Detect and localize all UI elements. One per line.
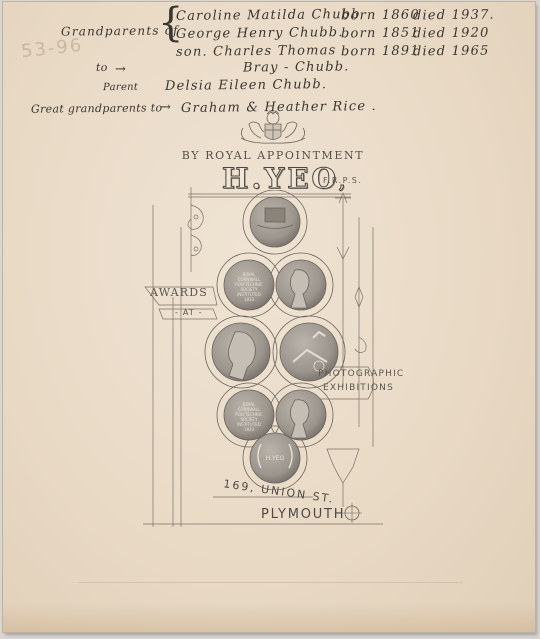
royal-coat-of-arms-icon — [231, 110, 315, 146]
grandparent-2-born: born 1851 — [341, 26, 420, 42]
exhibitions-label: EXHIBITIONS — [323, 383, 394, 393]
city-name: PLYMOUTH — [261, 507, 345, 522]
faint-rule — [78, 582, 463, 583]
awards-label: AWARDS — [150, 286, 208, 299]
grandparent-1-born: born 1860 — [341, 8, 420, 24]
to-label: to — [96, 61, 108, 74]
grandparent-1-name: Caroline Matilda Chubb — [176, 7, 361, 24]
grandparent-1-died: died 1937. — [413, 8, 495, 24]
grandparent-2-died: died 1920 — [413, 26, 490, 42]
medal-cluster: ROYALCORNWALLPOLYTECHNIC SOCIETYINSTITUT… — [195, 190, 355, 490]
son-died: died 1965 — [413, 44, 490, 60]
son-born: born 1891 — [341, 44, 420, 60]
photographic-label: PHOTOGRAPHIC — [318, 369, 404, 379]
at-label: - AT - — [175, 308, 203, 317]
parent-label: Parent — [103, 82, 138, 93]
great-grandparents-arrow: → — [160, 100, 172, 115]
parent-name: Delsia Eileen Chubb. — [165, 77, 327, 94]
to-arrow: → — [115, 62, 127, 77]
son-name: son. Charles Thomas — [176, 43, 337, 60]
royal-appointment-text: BY ROYAL APPOINTMENT — [123, 149, 423, 162]
credentials-text: F.R.P.S. — [323, 176, 362, 185]
cabinet-card-back: 53-96 Grandparents of { Caroline Matilda… — [3, 2, 535, 632]
surname-line: Bray - Chubb. — [243, 59, 350, 75]
svg-text:1833: 1833 — [244, 427, 255, 432]
ornament-circle-icon — [341, 502, 363, 524]
svg-text:1833: 1833 — [244, 297, 255, 302]
pencil-inventory-number: 53-96 — [20, 35, 84, 62]
grandparent-2-name: George Henry Chubb. — [176, 25, 344, 42]
great-grandparents-label: Great grandparents to — [31, 101, 163, 115]
svg-text:H.YEO: H.YEO — [266, 455, 285, 462]
